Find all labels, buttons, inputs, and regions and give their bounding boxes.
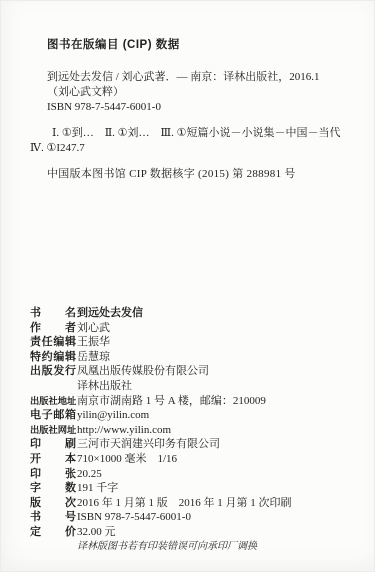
field-label: 书号 <box>30 510 76 525</box>
cip-classification-line-2: Ⅳ. ①I247.7 <box>30 141 359 156</box>
field-value: 凤凰出版传媒股份有限公司 <box>77 364 365 379</box>
colophon-row-edition: 版次 2016 年 1 月第 1 版 2016 年 1 月第 1 次印刷 <box>30 496 365 511</box>
field-value: 32.00 元 <box>77 525 365 540</box>
colophon-row-format: 开本 710×1000 毫米 1/16 <box>30 452 365 467</box>
colophon-row-isbn: 书号 ISBN 978-7-5447-6001-0 <box>30 510 365 525</box>
colophon-row-author: 作者 刘心武 <box>30 321 365 336</box>
cip-record-number: 中国版本图书馆 CIP 数据核字 (2015) 第 288981 号 <box>47 167 359 182</box>
colophon-row-address: 出版社地址 南京市湖南路 1 号 A 楼，邮编：210009 <box>30 394 365 409</box>
field-value: 译林出版社 <box>77 379 365 394</box>
cip-title: 图书在版编目 (CIP) 数据 <box>47 38 359 53</box>
colophon-block: 书名 到远处去发信 作者 刘心武 责任编辑 王振华 特约编辑 岳慧琼 出版发行 … <box>30 306 365 554</box>
field-value: 191 千字 <box>77 481 365 496</box>
field-label: 书名 <box>30 306 76 321</box>
colophon-row-publisher: 出版发行 凤凰出版传媒股份有限公司 <box>30 364 365 379</box>
field-value: 岳慧琼 <box>77 350 365 365</box>
colophon-row-price: 定价 32.00 元 <box>30 525 365 540</box>
cip-series-line: （刘心武文粹） <box>47 85 359 100</box>
cip-description-line: 到远处去发信 / 刘心武著．— 南京：译林出版社，2016.1 <box>47 70 359 85</box>
colophon-row-printer: 印刷 三河市天润建兴印务有限公司 <box>30 437 365 452</box>
colophon-row-email: 电子邮箱 yilin@yilin.com <box>30 408 365 423</box>
colophon-row-sheets: 印张 20.25 <box>30 467 365 482</box>
field-label: 责任编辑 <box>30 335 76 350</box>
field-label: 作者 <box>30 321 76 336</box>
field-value: yilin@yilin.com <box>77 408 365 423</box>
cip-block: 图书在版编目 (CIP) 数据 到远处去发信 / 刘心武著．— 南京：译林出版社… <box>47 38 359 182</box>
colophon-row-title: 书名 到远处去发信 <box>30 306 365 321</box>
printing-note: 译林版图书若有印装错误可向承印厂调换 <box>77 540 365 555</box>
field-value: 2016 年 1 月第 1 版 2016 年 1 月第 1 次印刷 <box>77 496 365 511</box>
field-value: 20.25 <box>77 467 365 482</box>
cip-classification-line-1: Ⅰ. ①到… Ⅱ. ①刘… Ⅲ. ①短篇小说－小说集－中国－当代 <box>52 126 359 141</box>
field-value: http://www.yilin.com <box>77 423 365 438</box>
colophon-row-website: 出版社网址 http://www.yilin.com <box>30 423 365 438</box>
field-label: 印张 <box>30 467 76 482</box>
colophon-row-editor: 责任编辑 王振华 <box>30 335 365 350</box>
colophon-row-wordcount: 字数 191 千字 <box>30 481 365 496</box>
field-label: 特约编辑 <box>30 350 76 365</box>
field-label: 出版社地址 <box>30 394 76 409</box>
copyright-page: 图书在版编目 (CIP) 数据 到远处去发信 / 刘心武著．— 南京：译林出版社… <box>0 0 375 572</box>
field-value: 710×1000 毫米 1/16 <box>77 452 365 467</box>
field-value: 到远处去发信 <box>77 306 365 321</box>
field-label: 开本 <box>30 452 76 467</box>
field-label: 出版发行 <box>30 364 76 379</box>
field-value: ISBN 978-7-5447-6001-0 <box>77 510 365 525</box>
field-label: 字数 <box>30 481 76 496</box>
field-value: 王振华 <box>77 335 365 350</box>
colophon-row-publisher-2: 译林出版社 <box>30 379 365 394</box>
field-label: 版次 <box>30 496 76 511</box>
field-value: 刘心武 <box>77 321 365 336</box>
field-value: 南京市湖南路 1 号 A 楼，邮编：210009 <box>77 394 365 409</box>
field-label: 定价 <box>30 525 76 540</box>
field-label: 电子邮箱 <box>30 408 76 423</box>
field-value: 三河市天润建兴印务有限公司 <box>77 437 365 452</box>
field-label: 印刷 <box>30 437 76 452</box>
cip-isbn-line: ISBN 978-7-5447-6001-0 <box>47 100 359 115</box>
colophon-row-special-editor: 特约编辑 岳慧琼 <box>30 350 365 365</box>
field-label: 出版社网址 <box>30 423 76 438</box>
